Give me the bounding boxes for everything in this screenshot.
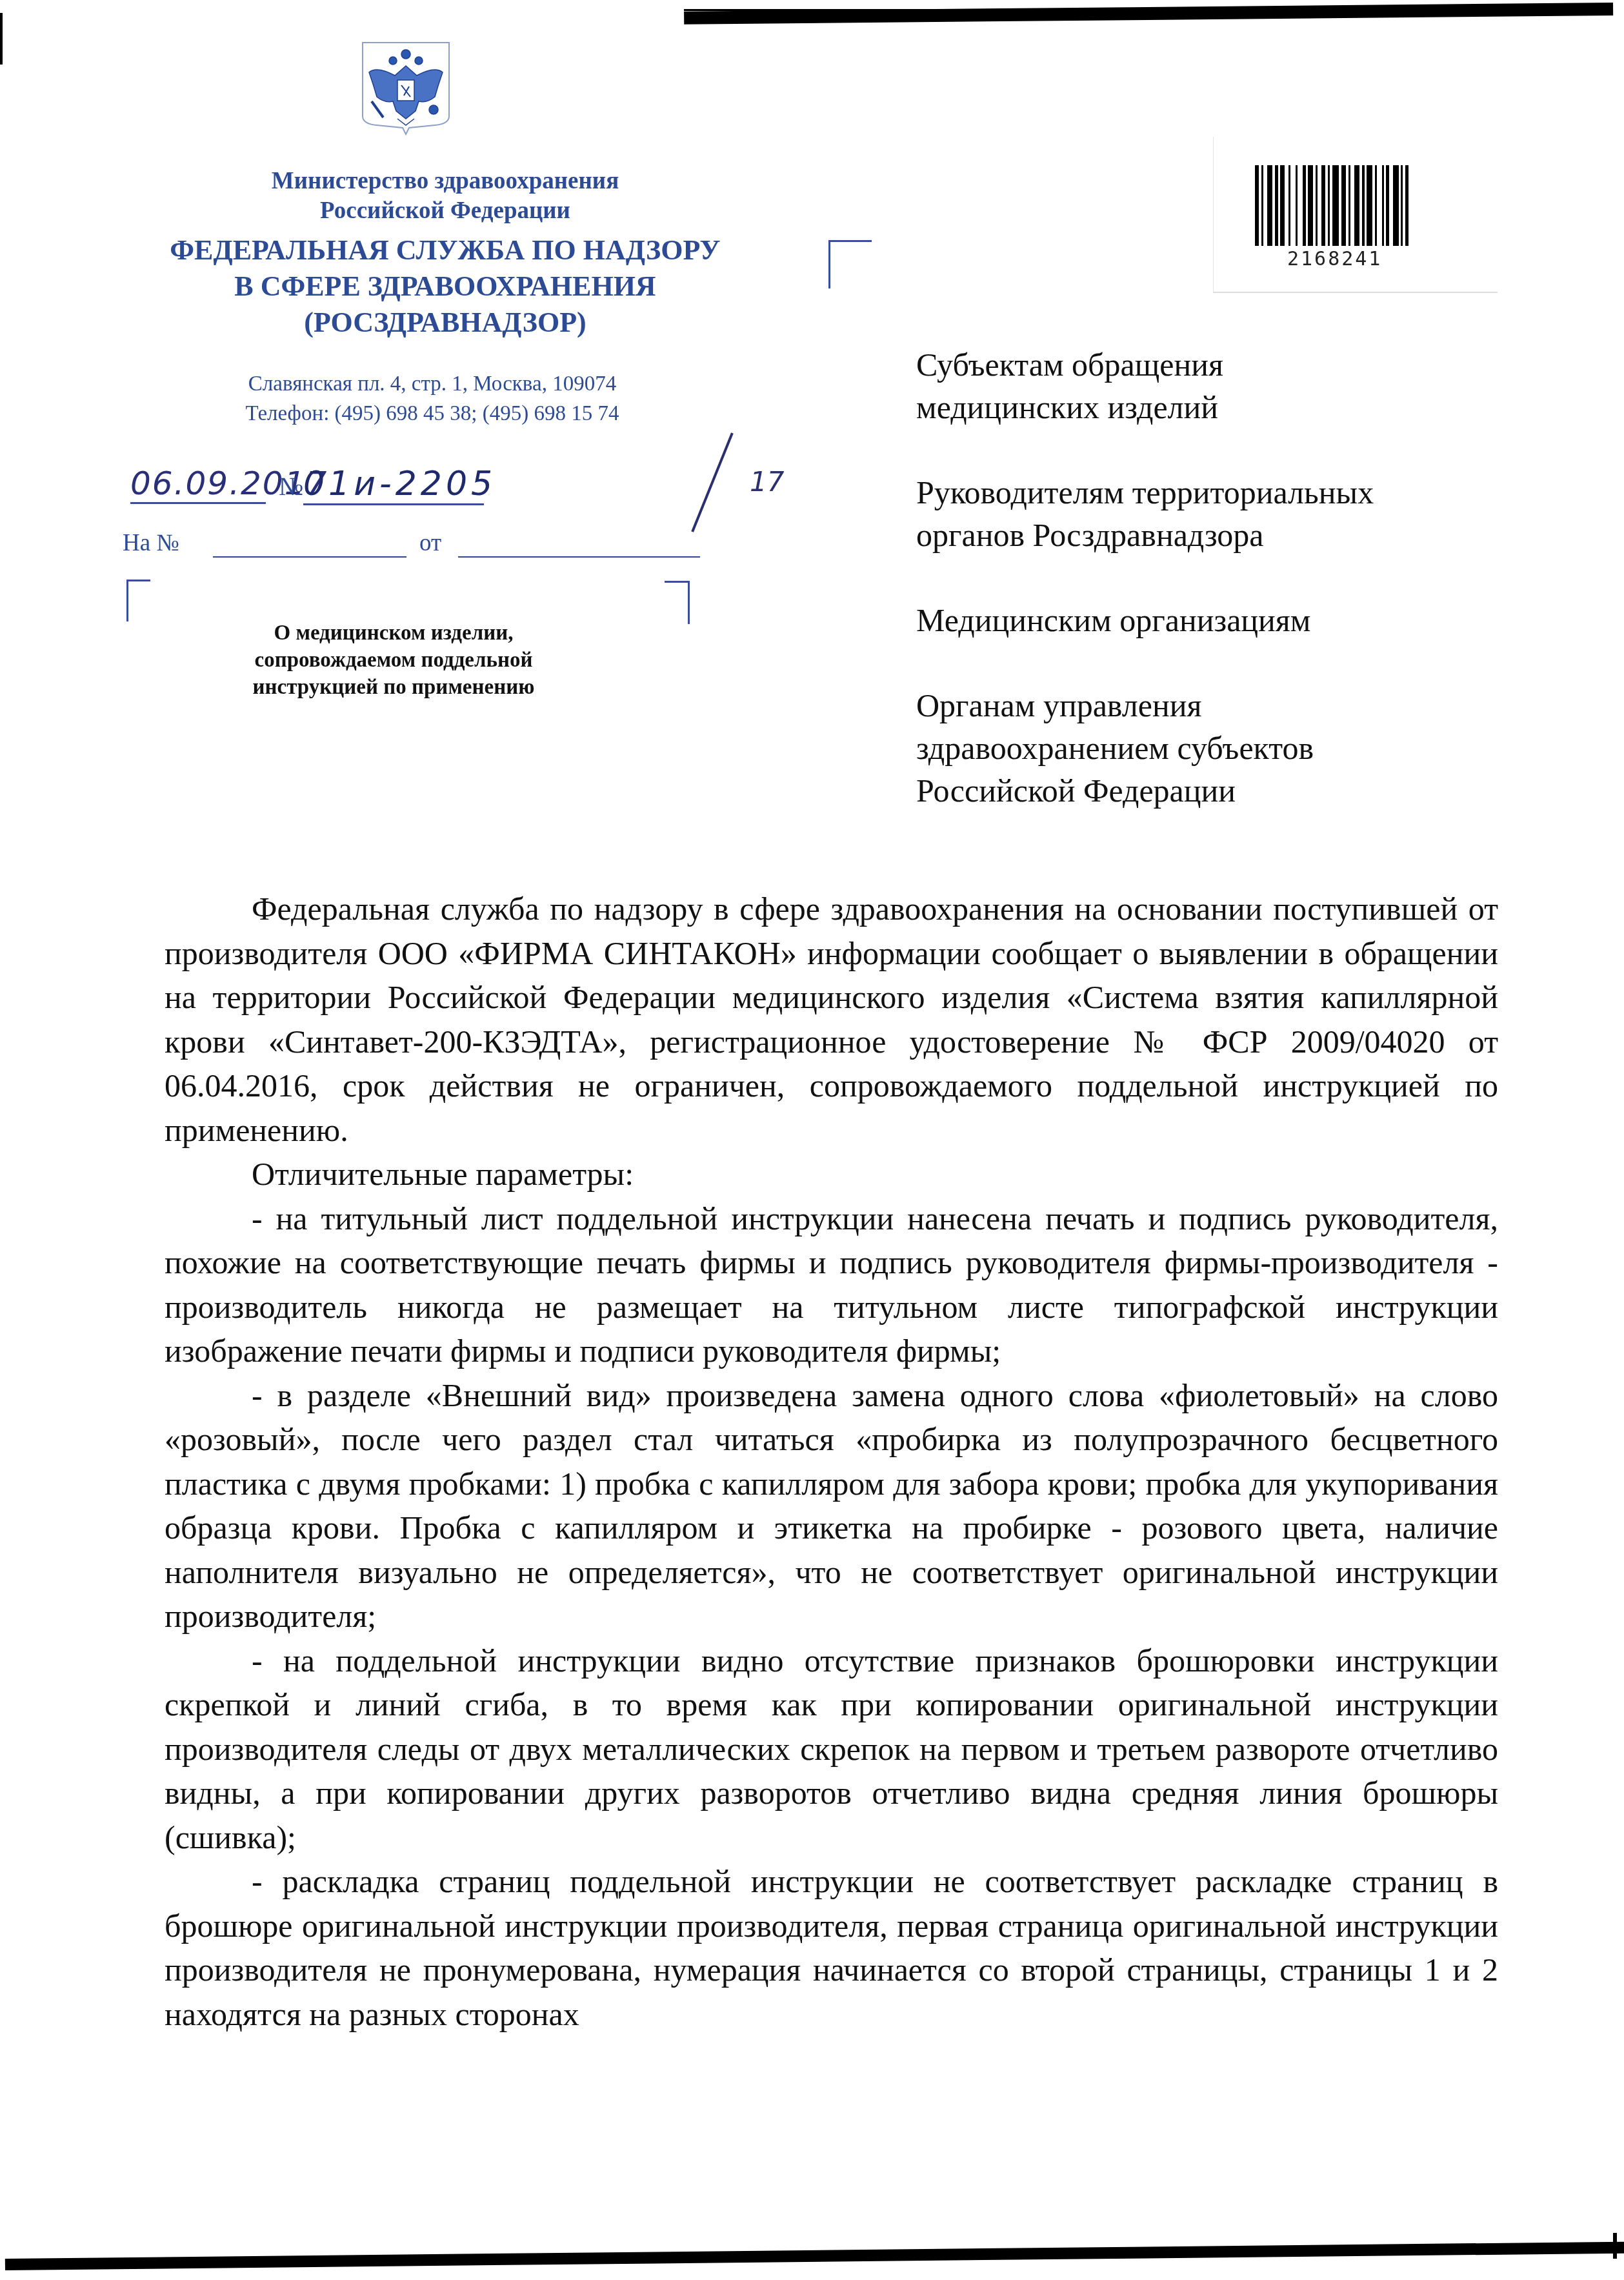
reply-to-label: На №: [123, 529, 179, 557]
subject-heading: О медицинском изделии, сопровождаемом по…: [161, 620, 626, 701]
barcode-number: 2168241: [1287, 248, 1382, 270]
subject-line-1: О медицинском изделии,: [161, 620, 626, 647]
reply-from-blank: [458, 556, 700, 558]
reply-reference-line: На № от: [123, 529, 703, 561]
recipient-item: Органам управления здравоохранением субъ…: [916, 684, 1529, 812]
ministry-line-1: Министерство здравоохранения: [155, 166, 736, 196]
recipient-bracket: [828, 240, 872, 288]
subject-line-2: сопровождаемом поддельной: [161, 647, 626, 674]
recipient-item: Медицинским организациям: [916, 599, 1529, 641]
recipient-line: медицинских изделий: [916, 386, 1529, 429]
param-item: - раскладка страниц поддельной инструкци…: [165, 1859, 1498, 2036]
recipient-item: Руководителям территориальных органов Ро…: [916, 471, 1529, 556]
intro-paragraph: Федеральная служба по надзору в сфере зд…: [165, 887, 1498, 1152]
subject-line-3: инструкцией по применению: [161, 674, 626, 701]
recipients-block: Субъектам обращения медицинских изделий …: [916, 343, 1529, 812]
recipient-line: здравоохранением субъектов: [916, 727, 1529, 769]
registration-year-suffix: 17: [750, 466, 784, 498]
recipient-line: органов Росздравнадзора: [916, 514, 1529, 556]
param-item: - на поддельной инструкции видно отсутст…: [165, 1639, 1498, 1860]
agency-line-2: В СФЕРЕ ЗДРАВООХРАНЕНИЯ: [103, 268, 787, 305]
scan-edge-right: [1613, 2233, 1617, 2259]
ministry-line-2: Российской Федерации: [155, 196, 736, 226]
scan-edge-left: [0, 13, 3, 65]
recipient-line: Субъектам обращения: [916, 343, 1529, 386]
recipient-item: Субъектам обращения медицинских изделий: [916, 343, 1529, 429]
registration-number: 01и-2205: [303, 465, 484, 505]
agency-line-3: (РОСЗДРАВНАДЗОР): [103, 305, 787, 341]
scan-edge-bottom: [5, 2242, 1624, 2270]
number-sign: №: [279, 471, 303, 501]
scan-edge-top-thin: [684, 9, 1136, 11]
ministry-name: Министерство здравоохранения Российской …: [155, 166, 736, 226]
address-line: Славянская пл. 4, стр. 1, Москва, 109074: [142, 369, 723, 399]
agency-line-1: ФЕДЕРАЛЬНАЯ СЛУЖБА ПО НАДЗОРУ: [103, 232, 787, 268]
agency-address: Славянская пл. 4, стр. 1, Москва, 109074…: [142, 369, 723, 429]
phone-line: Телефон: (495) 698 45 38; (495) 698 15 7…: [142, 399, 723, 429]
reply-from-label: от: [419, 529, 441, 557]
letter-body: Федеральная служба по надзору в сфере зд…: [165, 887, 1498, 2036]
params-heading: Отличительные параметры:: [165, 1152, 1498, 1196]
param-item: - в разделе «Внешний вид» произведена за…: [165, 1373, 1498, 1639]
registration-line: 06.09.2017 № 01и-2205: [123, 465, 703, 516]
recipient-line: Органам управления: [916, 684, 1529, 727]
scan-edge-top: [684, 3, 1613, 25]
recipient-line: Медицинским организациям: [916, 599, 1529, 641]
agency-name: ФЕДЕРАЛЬНАЯ СЛУЖБА ПО НАДЗОРУ В СФЕРЕ ЗД…: [103, 232, 787, 341]
reply-to-blank: [213, 556, 406, 558]
registration-date: 06.09.2017: [130, 465, 266, 504]
subject-bracket-left: [126, 580, 150, 621]
param-item: - на титульный лист поддельной инструкци…: [165, 1196, 1498, 1373]
russian-coat-of-arms-icon: [357, 40, 454, 137]
recipient-line: Руководителям территориальных: [916, 471, 1529, 514]
barcode-icon: [1255, 165, 1449, 246]
recipient-line: Российской Федерации: [916, 769, 1529, 812]
subject-bracket-right: [665, 581, 690, 624]
